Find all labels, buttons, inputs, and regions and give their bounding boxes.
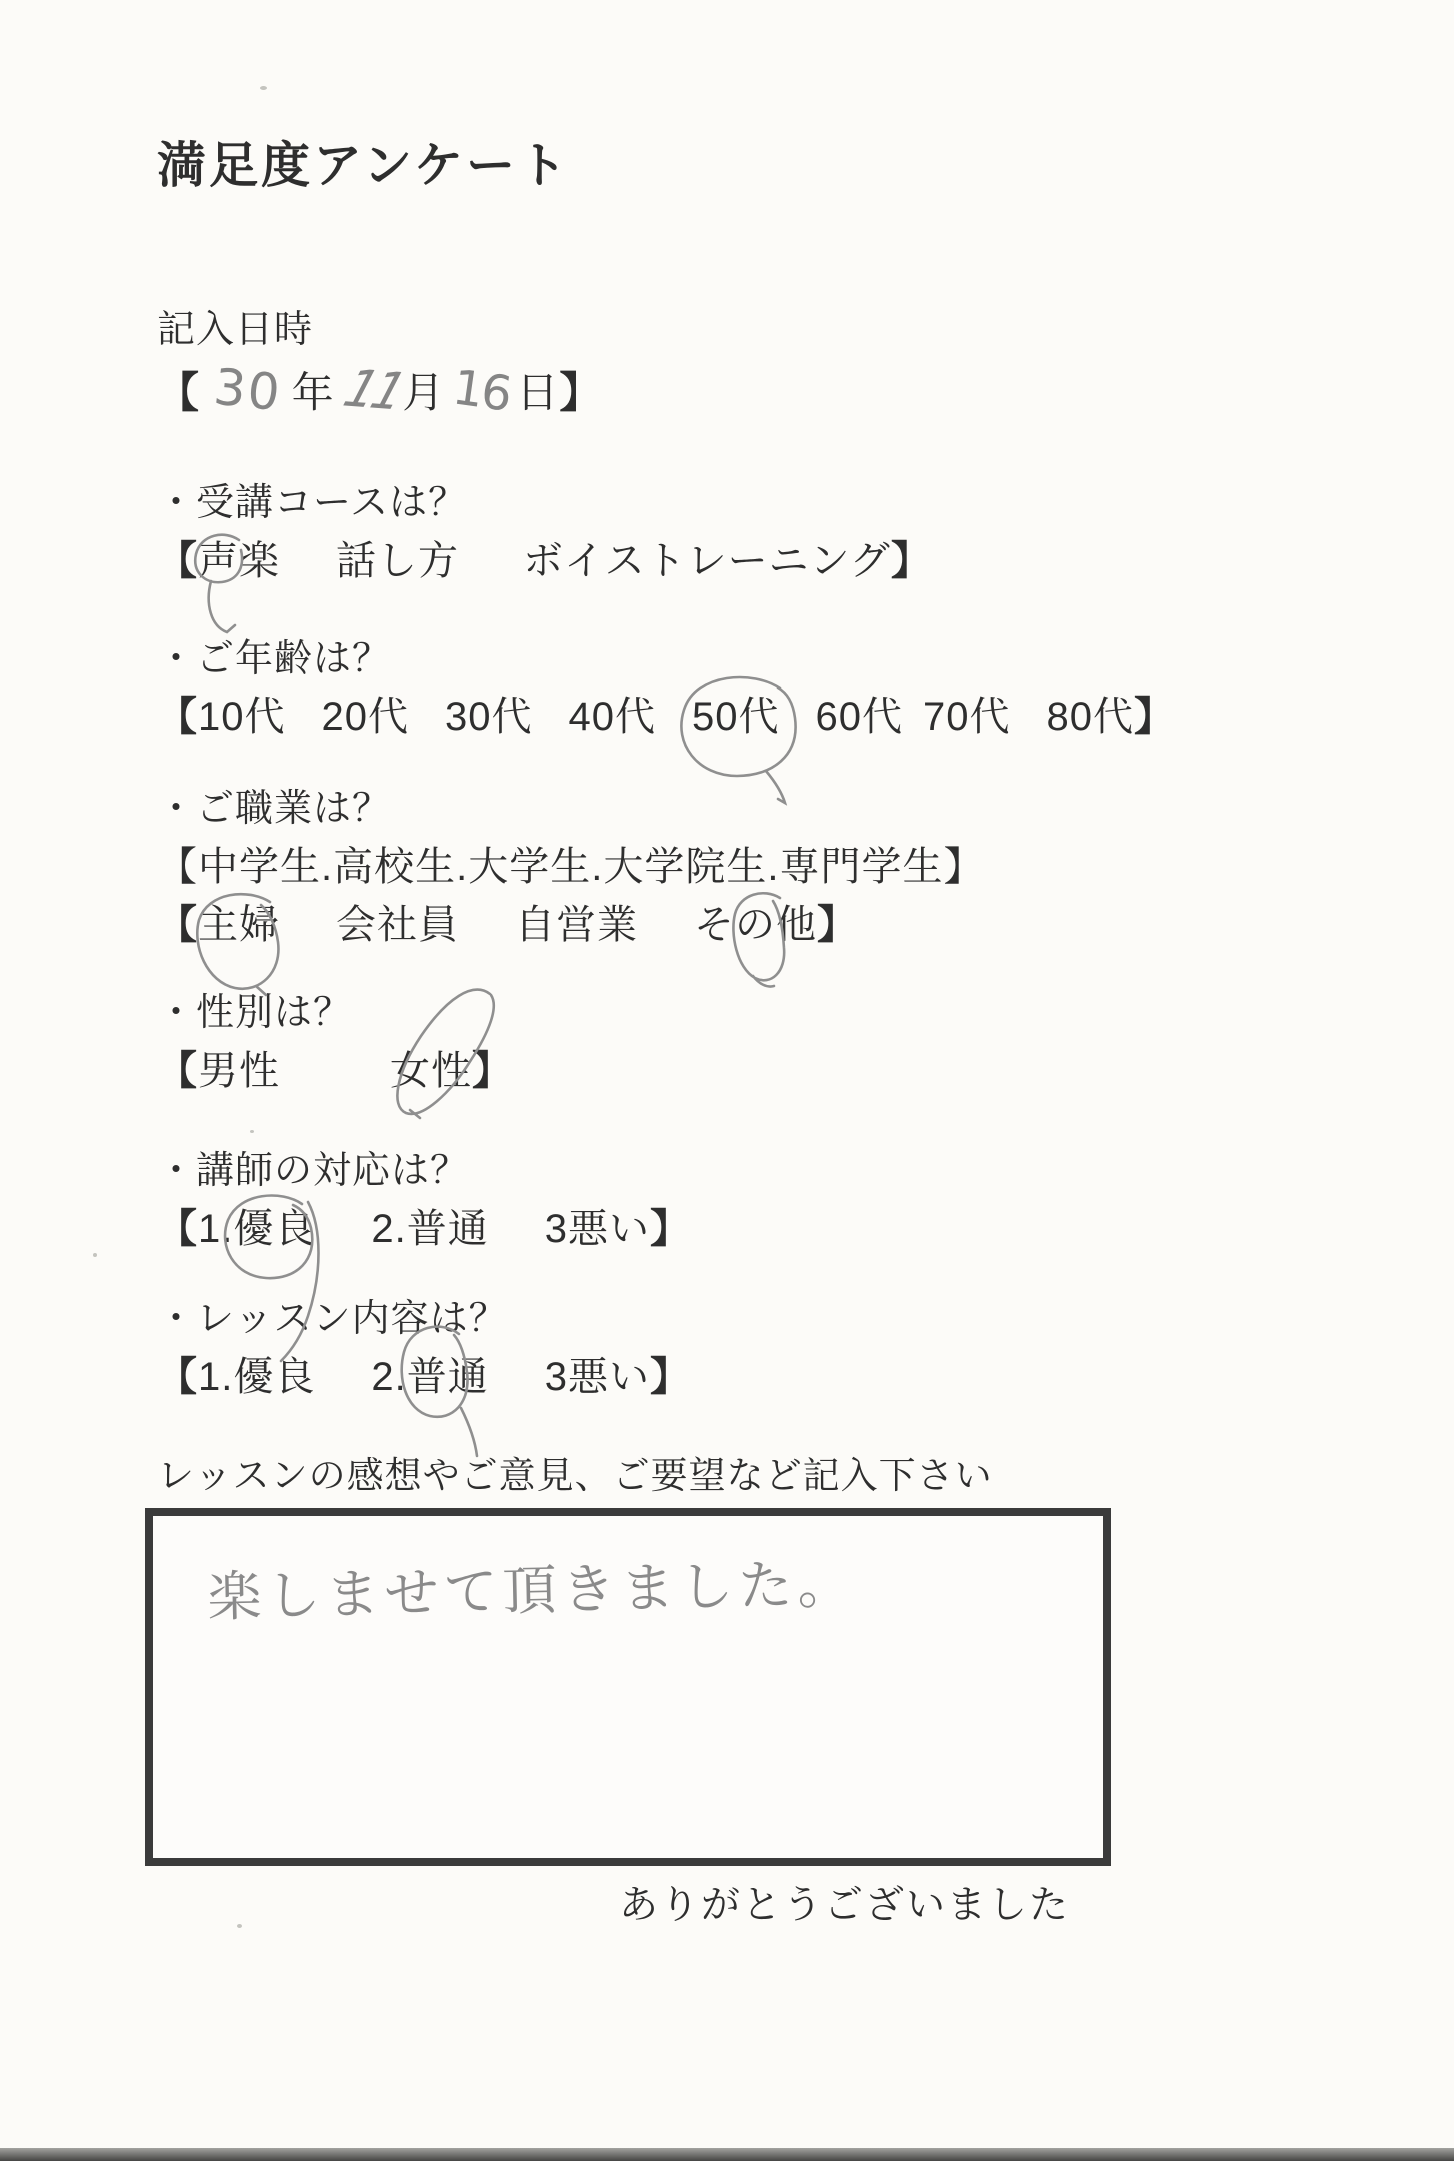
question-block-lesson-content: ・レッスン内容は？ 【1.優良2.普通3悪い】 [157,1290,1414,1406]
option-age-10s: 10代 [198,695,286,739]
options-age: 【10代20代30代40代50代60代70代80代】 [157,688,1414,746]
scan-speckle [260,86,267,90]
options-occupation-students: 【中学生.高校生.大学生.大学院生.専門学生】 [157,838,1414,896]
question-block-gender: ・性別は？ 【男性女性】 [157,984,1414,1100]
option-age-70s: 70代 [923,695,1011,739]
page-title: 満足度アンケート [157,0,1414,197]
question-lesson-content: ・レッスン内容は？ [157,1290,1414,1348]
date-open-bracket: 【 [157,369,200,416]
feedback-prompt: レッスンの感想やご意見、ご要望など記入下さい [157,1448,1414,1504]
open-bracket: 【 [157,1355,198,1399]
option-label: その他 [694,903,817,947]
open-bracket: 【 [157,539,198,583]
question-gender: ・性別は？ [157,984,1414,1042]
close-bracket: 】 [650,1207,691,1251]
options-gender: 【男性女性】 [157,1042,1414,1100]
option-age-20s: 20代 [322,695,410,739]
option-course-voicetraining: ボイストレーニング [523,539,891,583]
scan-edge-shadow [0,2148,1454,2161]
scan-speckle [93,1253,97,1257]
date-close-bracket: 】 [559,369,602,416]
option-lesson-bad: 3悪い [545,1355,650,1399]
date-line: 【30年11月16日】 [157,361,1414,422]
scan-speckle [237,1924,242,1928]
option-occupation-housewife: 主婦 [198,896,280,954]
open-bracket: 【 [157,903,198,947]
option-label: 50代 [692,695,780,739]
open-bracket: 【 [157,695,198,739]
close-bracket: 】 [472,1049,513,1093]
option-age-60s: 60代 [816,695,904,739]
options-instructor: 【1.優良2.普通3悪い】 [157,1200,1414,1258]
option-label: 1.優良 [198,1207,315,1251]
option-occupation-selfemployed: 自営業 [515,903,638,947]
question-block-occupation: ・ご職業は？ 【中学生.高校生.大学生.大学院生.専門学生】 【主婦会社員自営業… [157,780,1414,954]
option-age-50s: 50代 [692,688,780,746]
date-day-label: 日 [516,369,559,416]
close-bracket: 】 [650,1355,691,1399]
question-block-age: ・ご年齢は？ 【10代20代30代40代50代60代70代80代】 [157,630,1414,746]
option-label: 2.普通 [371,1355,488,1399]
close-bracket: 】 [1134,695,1175,739]
options-occupation-other: 【主婦会社員自営業その他】 [157,896,1414,954]
option-lesson-excellent: 1.優良 [198,1355,315,1399]
options-lesson-content: 【1.優良2.普通3悪い】 [157,1348,1414,1406]
date-year-handwritten: 30 [211,358,284,423]
question-block-course: ・受講コースは？ 【声楽話し方ボイストレーニング】 [157,474,1414,590]
option-course-vocal: 声楽 [198,532,280,590]
close-bracket: 】 [891,539,932,583]
question-occupation: ・ご職業は？ [157,780,1414,838]
option-instructor-excellent: 1.優良 [198,1200,315,1258]
date-month-label: 月 [402,369,445,416]
options-course: 【声楽話し方ボイストレーニング】 [157,532,1414,590]
scan-speckle [250,1130,254,1133]
option-gender-male: 男性 [198,1049,280,1093]
handwritten-comment: 楽しませて頂きました。 [152,1506,1104,1633]
option-course-speaking: 話し方 [336,539,459,583]
option-occupation-other: その他 [694,896,817,954]
option-label: 声楽 [198,539,280,583]
option-occupation-employee: 会社員 [336,903,459,947]
closing-thanks: ありがとうございました [619,1874,1414,1930]
question-course: ・受講コースは？ [157,474,1414,532]
option-gender-female: 女性 [390,1042,472,1100]
feedback-comment-box: 楽しませて頂きました。 [145,1508,1111,1866]
option-lesson-normal: 2.普通 [371,1348,488,1406]
close-bracket: 】 [817,903,858,947]
scanned-survey-page: 満足度アンケート 記入日時 【30年11月16日】 ・受講コースは？ 【声楽話し… [0,0,1454,2161]
question-instructor: ・講師の対応は？ [157,1142,1414,1200]
date-day-handwritten: 16 [450,358,515,423]
option-age-40s: 40代 [569,695,657,739]
option-label: 主婦 [198,903,280,947]
question-age: ・ご年齢は？ [157,630,1414,688]
date-label: 記入日時 [157,301,1414,359]
open-bracket: 【 [157,1049,198,1093]
date-year-label: 年 [292,369,335,416]
option-instructor-bad: 3悪い [545,1207,650,1251]
option-age-80s: 80代 [1047,695,1135,739]
option-label: 女性 [390,1049,472,1093]
option-age-30s: 30代 [445,695,533,739]
open-bracket: 【 [157,1207,198,1251]
option-instructor-normal: 2.普通 [371,1207,488,1251]
question-block-instructor: ・講師の対応は？ 【1.優良2.普通3悪い】 [157,1142,1414,1258]
